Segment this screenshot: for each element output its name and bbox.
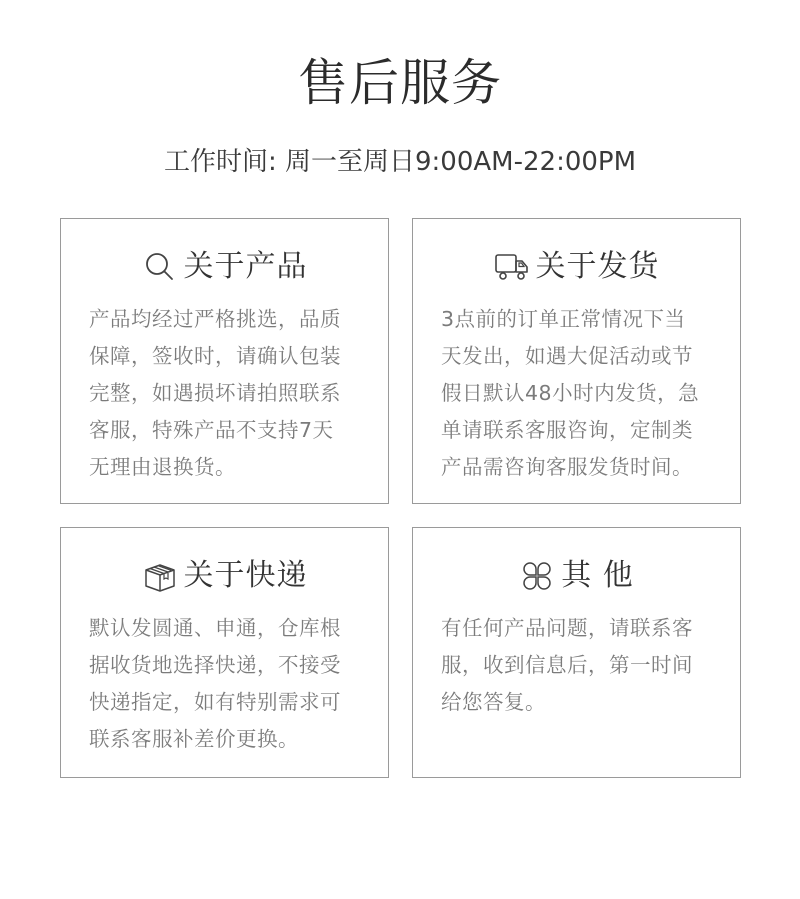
text-line: 完整，如遇损坏请拍照联系 [89, 375, 364, 412]
text-line: 无理由退换货。 [89, 449, 364, 486]
card-other: 其 他 有任何产品问题，请联系客 服，收到信息后，第一时间 给您答复。 [412, 527, 741, 778]
card-header: 关于发货 [413, 245, 740, 289]
truck-icon [494, 251, 530, 283]
text-line: 单请联系客服咨询，定制类 [441, 412, 716, 449]
text-line: 客服，特殊产品不支持7天 [89, 412, 364, 449]
card-title: 关于发货 [536, 245, 660, 289]
card-text: 有任何产品问题，请联系客 服，收到信息后，第一时间 给您答复。 [441, 610, 716, 721]
card-text: 3点前的订单正常情况下当 天发出，如遇大促活动或节 假日默认48小时内发货，急 … [441, 301, 716, 486]
clover-icon [519, 560, 555, 592]
card-about-product: 关于产品 产品均经过严格挑选，品质 保障，签收时，请确认包装 完整，如遇损坏请拍… [60, 218, 389, 504]
card-text: 产品均经过严格挑选，品质 保障，签收时，请确认包装 完整，如遇损坏请拍照联系 客… [89, 301, 364, 486]
text-line: 天发出，如遇大促活动或节 [441, 338, 716, 375]
working-hours: 工作时间: 周一至周日9:00AM-22:00PM [0, 143, 800, 181]
card-text: 默认发圆通、申通，仓库根 据收货地选择快递，不接受 快递指定，如有特别需求可 联… [89, 610, 364, 758]
card-title: 其 他 [561, 554, 634, 598]
text-line: 快递指定，如有特别需求可 [89, 684, 364, 721]
card-about-express: 关于快递 默认发圆通、申通，仓库根 据收货地选择快递，不接受 快递指定，如有特别… [60, 527, 389, 778]
text-line: 假日默认48小时内发货，急 [441, 375, 716, 412]
text-line: 给您答复。 [441, 684, 716, 721]
text-line: 默认发圆通、申通，仓库根 [89, 610, 364, 647]
card-header: 关于快递 [61, 554, 388, 598]
card-title: 关于产品 [184, 245, 308, 289]
search-icon [142, 251, 178, 283]
text-line: 联系客服补差价更换。 [89, 721, 364, 758]
page-title: 售后服务 [0, 48, 800, 118]
text-line: 有任何产品问题，请联系客 [441, 610, 716, 647]
text-line: 服，收到信息后，第一时间 [441, 647, 716, 684]
card-title: 关于快递 [184, 554, 308, 598]
text-line: 产品需咨询客服发货时间。 [441, 449, 716, 486]
package-icon [142, 560, 178, 592]
card-header: 关于产品 [61, 245, 388, 289]
text-line: 3点前的订单正常情况下当 [441, 301, 716, 338]
text-line: 保障，签收时，请确认包装 [89, 338, 364, 375]
card-header: 其 他 [413, 554, 740, 598]
text-line: 产品均经过严格挑选，品质 [89, 301, 364, 338]
text-line: 据收货地选择快递，不接受 [89, 647, 364, 684]
card-about-shipping: 关于发货 3点前的订单正常情况下当 天发出，如遇大促活动或节 假日默认48小时内… [412, 218, 741, 504]
